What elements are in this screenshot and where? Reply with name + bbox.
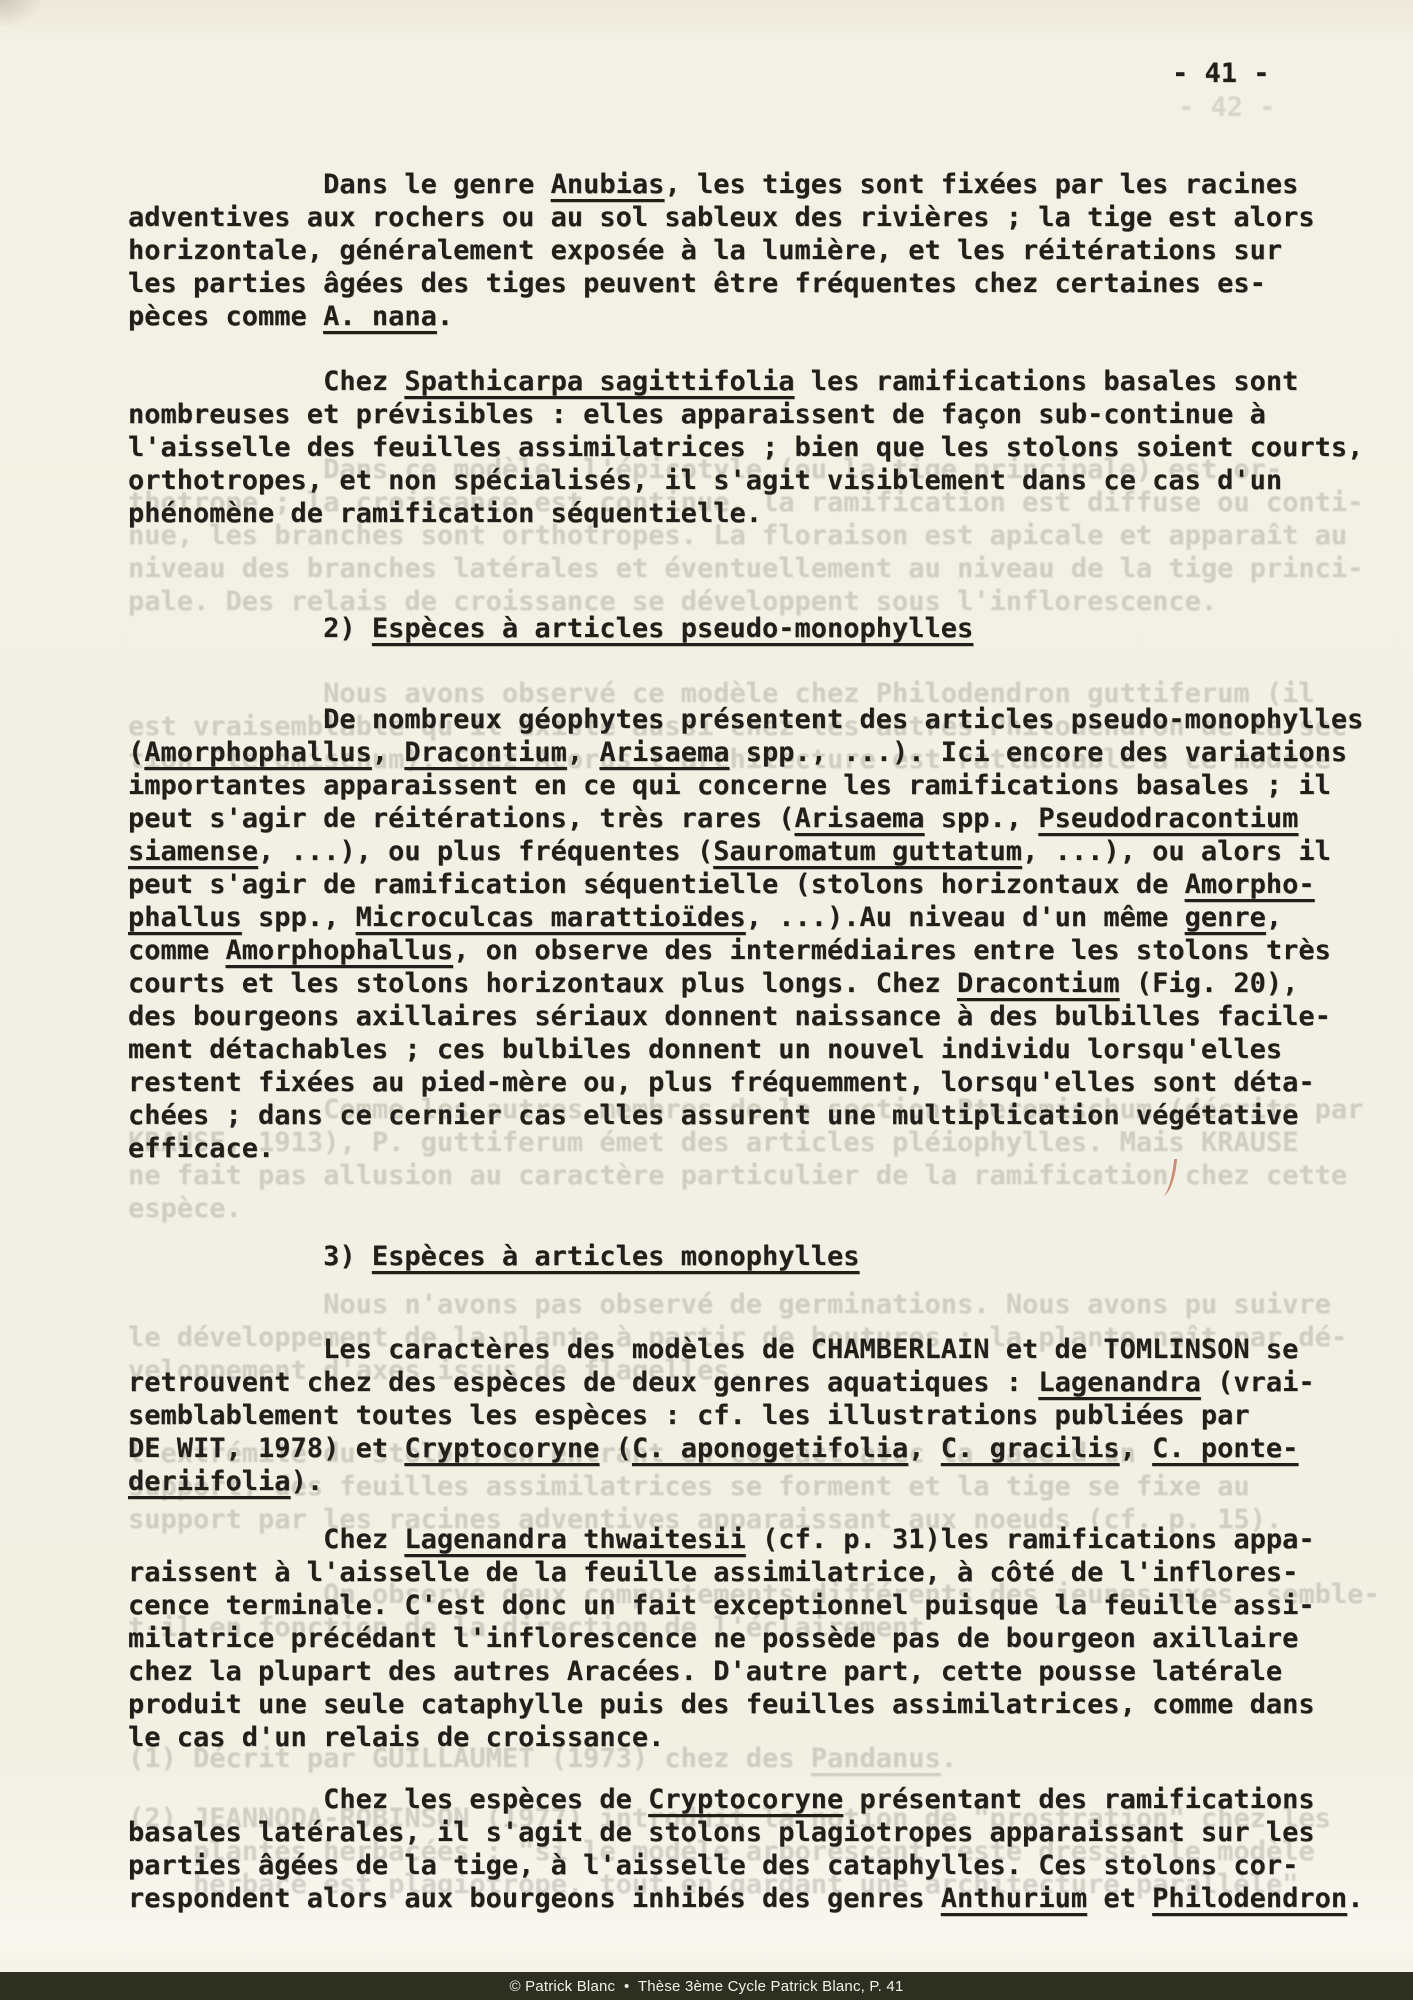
text-line: les parties âgées des tiges peuvent être… xyxy=(128,267,1315,300)
underlined-text: Amorphophallus xyxy=(144,737,372,768)
text-segment: ). xyxy=(291,1466,324,1497)
text-line: phallus spp., Microculcas marattioïdes, … xyxy=(128,901,1363,934)
text-segment: (cf. p. 31)les ramifications appa- xyxy=(746,1524,1315,1555)
underlined-text: Espèces à articles pseudo-monophylles xyxy=(372,613,973,644)
attribution-footer-bar: © Patrick Blanc • Thèse 3ème Cycle Patri… xyxy=(0,1972,1413,2000)
text-segment: ( xyxy=(599,1433,632,1464)
text-segment: Les caractères des modèles de CHAMBERLAI… xyxy=(128,1334,1298,1365)
text-segment: ( xyxy=(128,737,144,768)
text-segment: , xyxy=(372,737,405,768)
text-line: DE WIT, 1978) et Cryptocoryne (C. aponog… xyxy=(128,1432,1315,1465)
text-segment: raissent à l'aisselle de la feuille assi… xyxy=(128,1557,1298,1588)
text-segment: Chez xyxy=(128,1524,404,1555)
text-line: respondent alors aux bourgeons inhibés d… xyxy=(128,1882,1363,1915)
text-line: 2) Espèces à articles pseudo-monophylles xyxy=(128,612,973,645)
paragraph-anubias: Dans le genre Anubias, les tiges sont fi… xyxy=(128,168,1315,333)
underlined-text: C. gracilis xyxy=(941,1433,1120,1464)
section-heading-2-pseudo-monophylles: 2) Espèces à articles pseudo-monophylles xyxy=(128,612,973,645)
text-segment: milatrice précédant l'inflorescence ne p… xyxy=(128,1623,1298,1654)
text-line: raissent à l'aisselle de la feuille assi… xyxy=(128,1556,1315,1589)
text-segment: basales latérales, il s'agit de stolons … xyxy=(128,1817,1315,1848)
attribution-footer-text: © Patrick Blanc • Thèse 3ème Cycle Patri… xyxy=(510,1978,904,1995)
text-segment: , xyxy=(908,1433,941,1464)
text-segment: spp., ...). Ici encore des variations xyxy=(729,737,1347,768)
paragraph-spathicarpa: Chez Spathicarpa sagittifolia les ramifi… xyxy=(128,365,1363,530)
text-segment: , xyxy=(1266,902,1282,933)
text-segment: Chez les espèces de xyxy=(128,1784,648,1815)
text-segment: pèces comme xyxy=(128,301,323,332)
text-line: l'aisselle des feuilles assimilatrices ;… xyxy=(128,431,1363,464)
text-line: cence terminale. C'est donc un fait exce… xyxy=(128,1589,1315,1622)
text-line: chez la plupart des autres Aracées. D'au… xyxy=(128,1655,1315,1688)
text-segment: importantes apparaissent en ce qui conce… xyxy=(128,770,1331,801)
underlined-text: Pseudodracontium xyxy=(1038,803,1298,834)
text-segment: spp., xyxy=(242,902,356,933)
underlined-text: Sauromatum guttatum xyxy=(713,836,1022,867)
text-segment: . xyxy=(1347,1883,1363,1914)
text-segment: chées ; dans ce cernier cas elles assure… xyxy=(128,1100,1298,1131)
underlined-text: Dracontium xyxy=(404,737,567,768)
underlined-text: Anubias xyxy=(551,169,665,200)
text-segment: le cas d'un relais de croissance. xyxy=(128,1722,664,1753)
text-line: semblablement toutes les espèces : cf. l… xyxy=(128,1399,1315,1432)
text-line: produit une seule cataphylle puis des fe… xyxy=(128,1688,1315,1721)
text-segment: Nous n'avons pas observé de germinations… xyxy=(128,1289,1331,1320)
text-segment: Dans le genre xyxy=(128,169,551,200)
text-segment: 2) xyxy=(128,613,372,644)
text-line: courts et les stolons horizontaux plus l… xyxy=(128,967,1363,1000)
text-segment: (Fig. 20), xyxy=(1120,968,1299,999)
text-segment: présentant des ramifications xyxy=(843,1784,1314,1815)
text-segment: espèce. xyxy=(128,1193,242,1224)
text-segment: des bourgeons axillaires sériaux donnent… xyxy=(128,1001,1331,1032)
underlined-text: phallus xyxy=(128,902,242,933)
text-segment: les parties âgées des tiges peuvent être… xyxy=(128,268,1266,299)
underlined-text: Microculcas marattioïdes xyxy=(356,902,746,933)
text-segment: semblablement toutes les espèces : cf. l… xyxy=(128,1400,1250,1431)
text-line: De nombreux géophytes présentent des art… xyxy=(128,703,1363,736)
text-line: comme Amorphophallus, on observe des int… xyxy=(128,934,1363,967)
text-segment: , xyxy=(567,737,600,768)
text-segment: nombreuses et prévisibles : elles appara… xyxy=(128,399,1266,430)
text-line: restent fixées au pied-mère ou, plus fré… xyxy=(128,1066,1363,1099)
text-segment: . xyxy=(437,301,453,332)
text-segment: peut s'agir de ramification séquentielle… xyxy=(128,869,1185,900)
text-segment: peut s'agir de réitérations, très rares … xyxy=(128,803,794,834)
underlined-text: Espèces à articles monophylles xyxy=(372,1241,860,1272)
text-line: siamense, ...), ou plus fréquentes (Saur… xyxy=(128,835,1363,868)
underlined-text: Cryptocoryne xyxy=(648,1784,843,1815)
text-segment: ment détachables ; ces bulbiles donnent … xyxy=(128,1034,1282,1065)
text-segment: courts et les stolons horizontaux plus l… xyxy=(128,968,957,999)
text-line: retrouvent chez des espèces de deux genr… xyxy=(128,1366,1315,1399)
text-line: Dans le genre Anubias, les tiges sont fi… xyxy=(128,168,1315,201)
text-line: adventives aux rochers ou au sol sableux… xyxy=(128,201,1315,234)
text-line: importantes apparaissent en ce qui conce… xyxy=(128,769,1363,802)
text-segment: spp., xyxy=(925,803,1039,834)
underlined-text: siamense xyxy=(128,836,258,867)
underlined-text: genre xyxy=(1185,902,1266,933)
text-line: niveau des branches latérales et éventue… xyxy=(128,552,1363,585)
text-segment: produit une seule cataphylle puis des fe… xyxy=(128,1689,1315,1720)
text-line: basales latérales, il s'agit de stolons … xyxy=(128,1816,1363,1849)
text-segment: DE WIT, 1978) et xyxy=(128,1433,404,1464)
underlined-text: deriifolia xyxy=(128,1466,291,1497)
underlined-text: Amorphophallus xyxy=(226,935,454,966)
text-line: deriifolia). xyxy=(128,1465,1315,1498)
text-segment: 3) xyxy=(128,1241,372,1272)
text-line: peut s'agir de réitérations, très rares … xyxy=(128,802,1363,835)
text-segment: retrouvent chez des espèces de deux genr… xyxy=(128,1367,1038,1398)
paragraph-chamberlain-tomlinson: Les caractères des modèles de CHAMBERLAI… xyxy=(128,1333,1315,1498)
text-segment: l'aisselle des feuilles assimilatrices ;… xyxy=(128,432,1363,463)
text-line: nombreuses et prévisibles : elles appara… xyxy=(128,398,1363,431)
scanned-page: Dans ce modèle, l'épicotyle (ou la tige … xyxy=(0,0,1413,2000)
text-segment: phénomène de ramification séquentielle. xyxy=(128,498,762,529)
text-line: horizontale, généralement exposée à la l… xyxy=(128,234,1315,267)
underlined-text: C. aponogetifolia xyxy=(632,1433,908,1464)
text-segment: , les tiges sont fixées par les racines xyxy=(664,169,1298,200)
underlined-text: Dracontium xyxy=(957,968,1120,999)
text-line: efficace. xyxy=(128,1132,1363,1165)
text-segment: les ramifications basales sont xyxy=(794,366,1298,397)
text-segment: comme xyxy=(128,935,226,966)
paragraph-geophytes: De nombreux géophytes présentent des art… xyxy=(128,703,1363,1165)
text-line: le cas d'un relais de croissance. xyxy=(128,1721,1315,1754)
text-segment: , ...).Au niveau d'un même xyxy=(746,902,1185,933)
text-line: (Amorphophallus, Dracontium, Arisaema sp… xyxy=(128,736,1363,769)
text-line: parties âgées de la tige, à l'aisselle d… xyxy=(128,1849,1363,1882)
underlined-text: Cryptocoryne xyxy=(404,1433,599,1464)
underlined-text: Arisaema xyxy=(599,737,729,768)
text-line: orthotropes, et non spécialisés, il s'ag… xyxy=(128,464,1363,497)
text-segment: orthotropes, et non spécialisés, il s'ag… xyxy=(128,465,1282,496)
text-segment: , xyxy=(1120,1433,1153,1464)
text-line: 3) Espèces à articles monophylles xyxy=(128,1240,860,1273)
text-segment: parties âgées de la tige, à l'aisselle d… xyxy=(128,1850,1298,1881)
paragraph-lagenandra-thwaitesii: Chez Lagenandra thwaitesii (cf. p. 31)le… xyxy=(128,1523,1315,1754)
text-segment: , ...), ou alors il xyxy=(1022,836,1331,867)
text-line: milatrice précédant l'inflorescence ne p… xyxy=(128,1622,1315,1655)
text-line: peut s'agir de ramification séquentielle… xyxy=(128,868,1363,901)
text-segment: (vrai- xyxy=(1201,1367,1315,1398)
underlined-text: Philodendron xyxy=(1152,1883,1347,1914)
underlined-text: Spathicarpa sagittifolia xyxy=(404,366,794,397)
text-line: chées ; dans ce cernier cas elles assure… xyxy=(128,1099,1363,1132)
text-line: ment détachables ; ces bulbiles donnent … xyxy=(128,1033,1363,1066)
text-segment: horizontale, généralement exposée à la l… xyxy=(128,235,1282,266)
paragraph-cryptocoryne-stolons: Chez les espèces de Cryptocoryne présent… xyxy=(128,1783,1363,1915)
text-line: Chez les espèces de Cryptocoryne présent… xyxy=(128,1783,1363,1816)
text-segment: efficace. xyxy=(128,1133,274,1164)
underlined-text: Anthurium xyxy=(941,1883,1087,1914)
text-segment: cence terminale. C'est donc un fait exce… xyxy=(128,1590,1315,1621)
ghost-page-number: - 42 - xyxy=(1178,92,1276,123)
text-segment: De nombreux géophytes présentent des art… xyxy=(128,704,1363,735)
text-line: des bourgeons axillaires sériaux donnent… xyxy=(128,1000,1363,1033)
text-segment: respondent alors aux bourgeons inhibés d… xyxy=(128,1883,941,1914)
text-line: Les caractères des modèles de CHAMBERLAI… xyxy=(128,1333,1315,1366)
text-segment: adventives aux rochers ou au sol sableux… xyxy=(128,202,1315,233)
text-line: phénomène de ramification séquentielle. xyxy=(128,497,1363,530)
underlined-text: Arisaema xyxy=(794,803,924,834)
section-heading-3-monophylles: 3) Espèces à articles monophylles xyxy=(128,1240,860,1273)
text-line: pèces comme A. nana. xyxy=(128,300,1315,333)
text-segment: chez la plupart des autres Aracées. D'au… xyxy=(128,1656,1282,1687)
text-segment: , ...), ou plus fréquentes ( xyxy=(258,836,713,867)
text-segment: restent fixées au pied-mère ou, plus fré… xyxy=(128,1067,1315,1098)
underlined-text: Lagenandra xyxy=(1038,1367,1201,1398)
text-segment: et xyxy=(1087,1883,1152,1914)
text-line: Chez Lagenandra thwaitesii (cf. p. 31)le… xyxy=(128,1523,1315,1556)
text-line: espèce. xyxy=(128,1192,1363,1225)
text-segment: , on observe des intermédiaires entre le… xyxy=(453,935,1331,966)
text-line: Chez Spathicarpa sagittifolia les ramifi… xyxy=(128,365,1363,398)
text-line: Nous n'avons pas observé de germinations… xyxy=(128,1288,1347,1321)
underlined-text: Amorpho- xyxy=(1185,869,1315,900)
underlined-text: Lagenandra thwaitesii xyxy=(404,1524,745,1555)
text-segment: Chez xyxy=(128,366,404,397)
underlined-text: A. nana xyxy=(323,301,437,332)
text-segment: niveau des branches latérales et éventue… xyxy=(128,553,1363,584)
page-number: - 41 - xyxy=(1172,58,1270,89)
underlined-text: C. ponte- xyxy=(1152,1433,1298,1464)
